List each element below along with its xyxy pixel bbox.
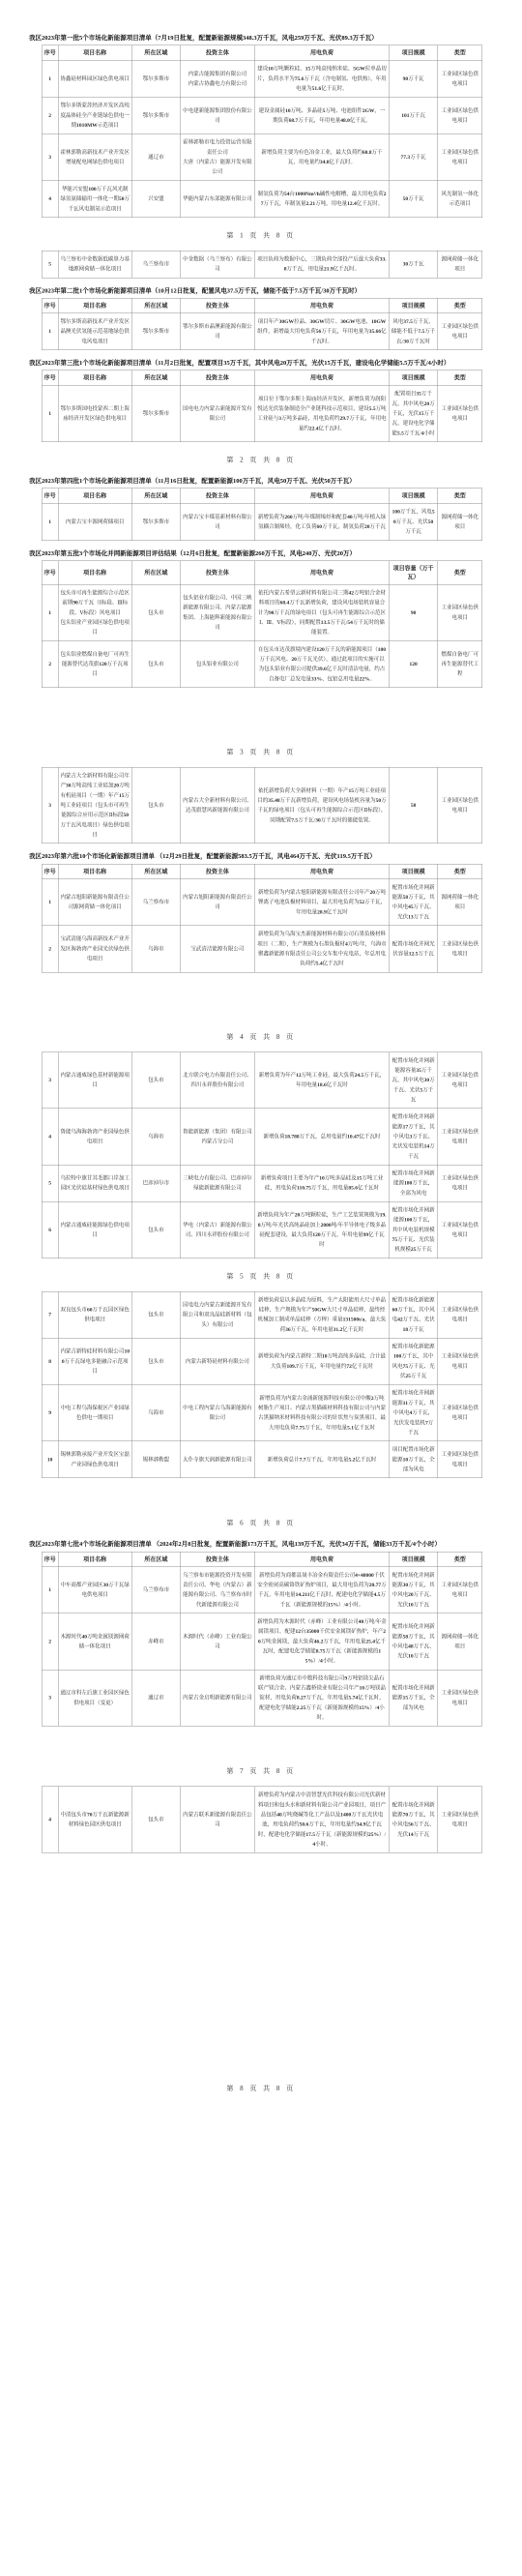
table-cell: 风电37.5万千瓦，储能不低于7.5万千瓦/30万千瓦时 bbox=[390, 313, 438, 350]
table-row: 3内蒙古通威绿色基材新能源项目包头市北方联合电力有限责任公司、四川永祥股份有限公… bbox=[42, 1052, 482, 1109]
table-cell: 内蒙古通威硅能源绿色供电项目 bbox=[58, 1201, 131, 1258]
page-break-gap bbox=[29, 1853, 493, 2071]
header-row: 序号项目名称所在区域投资主体用电负荷项目规模类型 bbox=[42, 45, 482, 61]
table-cell: 锡林郭勒承接产业开发区宝磊产业园绿色供电项目 bbox=[58, 1441, 131, 1478]
table-cell: 工业园区绿色供电项目 bbox=[438, 97, 482, 133]
table-cell: 霍林郭勒市电力投资运营有限责任公司 大唐（内蒙古）能源开发有限公司 bbox=[180, 133, 254, 180]
table-cell: 燃煤自备电厂可再生能源替代工程 bbox=[438, 641, 482, 688]
table-cell: 工业园区绿色供电项目 bbox=[438, 1441, 482, 1478]
table-cell: 新增负荷主要为有色冶金工业，最大负荷约60.8万千瓦，用电量约34.8亿千瓦时。 bbox=[254, 133, 389, 180]
table-cell: 工业园区绿色供电项目 bbox=[438, 1052, 482, 1109]
header-row: 序号项目名称所在区域投资主体用电负荷项目容量（万千瓦）类型 bbox=[42, 561, 482, 585]
table-cell: 鄂尔多斯市 bbox=[131, 385, 180, 441]
page-footer: 第 4 页 共 8 页 bbox=[29, 1031, 493, 1041]
table-cell: 工业园区绿色供电项目 bbox=[438, 1165, 482, 1201]
table-row: 1鄂尔多斯国电投蒙西二期上海庙经济开发区绿色供电项目鄂尔多斯市国电电力内蒙古新能… bbox=[42, 385, 482, 441]
column-header: 类型 bbox=[438, 489, 482, 504]
table-cell: 源网荷储一体化项目 bbox=[438, 251, 482, 278]
column-header: 所在区域 bbox=[131, 864, 180, 879]
table-cell: 4 bbox=[42, 1787, 58, 1853]
column-header: 项目规模 bbox=[390, 1552, 438, 1567]
table-cell: 工业园区绿色供电项目 bbox=[438, 1787, 482, 1853]
table-cell: 项目位于鄂尔多斯上海庙经济开发区，新增负荷为润阳悦达光伏装备制造全产业链科技示范… bbox=[254, 385, 389, 441]
table-cell: 50 bbox=[390, 767, 438, 844]
table-cell: 10 bbox=[42, 1441, 58, 1478]
table-cell: 工业园区绿色供电项目 bbox=[438, 60, 482, 97]
table-cell: 包头市 bbox=[131, 1291, 180, 1338]
project-table: 5乌兰察布中金数据低碳算力基地源网荷储一体化项目乌兰察布市中金数据（乌兰察布）有… bbox=[42, 251, 482, 278]
project-table: 3内蒙古大全新材料有限公司年产30万吨高纯工业硅加20万吨有机硅项目（一期）年产… bbox=[42, 767, 482, 844]
table-row: 5乌拉特中旗甘其毛都口岸加工园区光伏硅基材绿色供电项目巴彦淖尔市三峡电力有限公司… bbox=[42, 1165, 482, 1201]
table-cell: 配置项目35万千瓦，其中风电20万千瓦，光伏15万千瓦，建设电化学储能5.5万千… bbox=[390, 385, 438, 441]
table-cell: 乌海市 bbox=[131, 1384, 180, 1440]
table-cell: 新增负荷为年产20万吨颗粒硅，生产工艺装置规模为19.8万吨/年光伏高纯晶硅加上… bbox=[254, 1201, 389, 1258]
table-cell: 国电电力内蒙古新能源开发有限公司和双良晶硅新材料（包头）有限公司 bbox=[180, 1291, 254, 1338]
column-header: 序号 bbox=[42, 489, 58, 504]
table-cell: 包头市 bbox=[131, 1338, 180, 1384]
table-row: 2包头铝业燃煤自备电厂可再生能源替代达茂旗120万千瓦项目包头市包头铝业有限公司… bbox=[42, 641, 482, 688]
table-cell: 新增负荷为通辽市中数科技有限公司9万吨铝镁尖晶石联产镁合金、内蒙古鑫桥镁业有限公… bbox=[254, 1670, 389, 1726]
table-cell: 太仆寺旗天润新能源有限公司 bbox=[180, 1441, 254, 1478]
table-cell: 乌海市 bbox=[131, 1109, 180, 1165]
table-cell: 赤峰市 bbox=[131, 1614, 180, 1670]
table-row: 2宝武清能乌海高新技术产业开发区海勃湾产业园光伏绿色供电项目乌海市宝武清洁能源有… bbox=[42, 926, 482, 972]
table-cell: 工业园区绿色供电项目 bbox=[438, 1109, 482, 1165]
table-cell: 乌兰察布市 bbox=[131, 251, 180, 278]
column-header: 用电负荷 bbox=[254, 561, 389, 585]
table-title: 我区2023年第四批1个市场化新能源项目清单（11月16日批复，配置新能源100… bbox=[29, 475, 498, 487]
table-cell: 新增负荷为木源时代（赤峰）工业有限公司40万吨/年金属镁项目，配建12台3500… bbox=[254, 1614, 389, 1670]
column-header: 项目规模 bbox=[390, 45, 438, 61]
table-cell: 乌海市 bbox=[131, 926, 180, 972]
column-header: 所在区域 bbox=[131, 45, 180, 61]
table-cell: 国电电力内蒙古新能源开发有限公司 bbox=[180, 385, 254, 441]
page-break-gap bbox=[29, 688, 493, 734]
table-cell: 兴安盟 bbox=[131, 181, 180, 218]
table-cell: 宝武清洁能源有限公司 bbox=[180, 926, 254, 972]
table-cell: 内蒙古金启明新能源有限公司 bbox=[180, 1670, 254, 1726]
column-header: 投资主体 bbox=[180, 1552, 254, 1567]
table-cell: 鄂尔多斯市晶澳新能源有限公司 bbox=[180, 313, 254, 350]
table-row: 1包头市可再生能源综合示范区前期90万千瓦（Ⅰ标段、Ⅲ标段、Ⅴ标段）风电项目 包… bbox=[42, 584, 482, 640]
column-header: 项目名称 bbox=[58, 561, 131, 585]
table-row: 4鲁能乌海海勃湾产业园绿色供电项目乌海市鲁能新能源（集团）有限公司内蒙古分公司新… bbox=[42, 1109, 482, 1165]
table-cell: 内蒙古旭阳新能源有限责任公司源网荷储一体化项目 bbox=[58, 879, 131, 926]
table-cell: 源网荷储一体化项目 bbox=[438, 1614, 482, 1670]
table-row: 2木源时代40万吨金属镁源网荷储一体化项目赤峰市木源时代（赤峰）工业有限公司新增… bbox=[42, 1614, 482, 1670]
project-table: 序号项目名称所在区域投资主体用电负荷项目规模类型1协鑫硅材料园区绿色供电项目鄂尔… bbox=[42, 45, 482, 218]
table-cell: 通辽市 bbox=[131, 133, 180, 180]
table-cell: 内蒙古通威绿色基材新能源项目 bbox=[58, 1052, 131, 1109]
table-cell: 新增负荷是以多晶硅为原料，生产太阳能用大尺寸单晶硅棒，生产规模为年产50GW大尺… bbox=[254, 1291, 389, 1338]
table-cell: 5 bbox=[42, 1165, 58, 1201]
table-cell: 鄂尔多斯蒙苏经济开发区高纯度晶体硅全产业链绿色供电一期1010MW示范项目 bbox=[58, 97, 131, 133]
table-cell: 新增负荷为年产12万吨工业硅，最大负荷24.5万千瓦，年用电量18.6亿千瓦时 bbox=[254, 1052, 389, 1109]
column-header: 类型 bbox=[438, 370, 482, 386]
project-table: 4中清包头市70万千瓦新能源新材料绿色园区供电项目包头市内蒙古联禾新能源有限责任… bbox=[42, 1787, 482, 1853]
table-cell: 内蒙古宝丰源网荷储项目 bbox=[58, 503, 131, 540]
table-cell: 鄂尔多斯高新技术产业开发区晶澳光伏氢能示范基地绿色供电风电项目 bbox=[58, 313, 131, 350]
column-header: 用电负荷 bbox=[254, 370, 389, 386]
column-header: 项目名称 bbox=[58, 489, 131, 504]
table-cell: 工业园区绿色供电项目 bbox=[438, 1291, 482, 1338]
table-cell: 1 bbox=[42, 1567, 58, 1614]
table-cell: 北方联合电力有限责任公司、四川永祥股份有限公司 bbox=[180, 1052, 254, 1109]
column-header: 项目规模 bbox=[390, 489, 438, 504]
table-cell: 新增负荷为内蒙古中清智慧光伏科技有限公司光伏新材料项目和包头水和新材料有限公司产… bbox=[254, 1787, 389, 1853]
table-row: 3内蒙古大全新材料有限公司年产30万吨高纯工业硅加20万吨有机硅项目（一期）年产… bbox=[42, 767, 482, 844]
table-cell: 配置市场化并网新能源70万千瓦，其中风电56万千瓦、光伏14万千瓦 bbox=[390, 1787, 438, 1853]
table-row: 1协鑫硅材料园区绿色供电项目鄂尔多斯市内蒙古能源集团有限公司 内蒙古协鑫电力有限… bbox=[42, 60, 482, 97]
project-table: 序号项目名称所在区域投资主体用电负荷项目规模类型1鄂尔多斯高新技术产业开发区晶澳… bbox=[42, 298, 482, 350]
table-cell: 乌兰察布中金数据低碳算力基地源网荷储一体化项目 bbox=[58, 251, 131, 278]
table-cell: 项目负荷为数据中心，三期负荷全部投产后最大负荷33.8万千瓦，用电量21.9亿千… bbox=[254, 251, 389, 278]
table-cell: 新增负荷为商都县晟丰冶金有限责任公司4×48000千伏安全密闭高碳铬铁矿热炉项目… bbox=[254, 1567, 389, 1614]
table-cell: 鲁能乌海海勃湾产业园绿色供电项目 bbox=[58, 1109, 131, 1165]
column-header: 所在区域 bbox=[131, 1552, 180, 1567]
table-title: 我区2023年第二批1个市场化新能源项目清单（10月12日批复，配置风电37.5… bbox=[29, 284, 498, 296]
project-table: 序号项目名称所在区域投资主体用电负荷项目容量（万千瓦）类型1包头市可再生能源综合… bbox=[42, 560, 482, 688]
table-cell: 1 bbox=[42, 313, 58, 350]
table-cell: 项目年产30GW拉晶、30GW切片、30GW电池、10GW组件，新增最大用电负荷… bbox=[254, 313, 389, 350]
table-cell: 9 bbox=[42, 1384, 58, 1440]
table-cell: 包头市 bbox=[131, 1201, 180, 1258]
column-header: 项目名称 bbox=[58, 370, 131, 386]
table-cell: 依托新增负荷大全新材料（一期）年产15万吨工业硅项目的35.48万千瓦新增负荷，… bbox=[254, 767, 389, 844]
table-cell: 内蒙古旭阳新能源有限责任公司 bbox=[180, 879, 254, 926]
column-header: 类型 bbox=[438, 1552, 482, 1567]
table-cell: 工业园区绿色供电项目 bbox=[438, 1670, 482, 1726]
column-header: 投资主体 bbox=[180, 298, 254, 313]
column-header: 类型 bbox=[438, 298, 482, 313]
table-cell: 项目配置市场化新能源10万千瓦，全部为风电 bbox=[390, 1441, 438, 1478]
table-cell: 1 bbox=[42, 385, 58, 441]
table-cell: 工业园区绿色供电项目 bbox=[438, 133, 482, 180]
column-header: 用电负荷 bbox=[254, 45, 389, 61]
column-header: 序号 bbox=[42, 45, 58, 61]
table-cell: 包头市 bbox=[131, 641, 180, 688]
table-cell: 宝武清能乌海高新技术产业开发区海勃湾产业园光伏绿色供电项目 bbox=[58, 926, 131, 972]
document: 我区2023年第一批5个市场化新能源项目清单（7月19日批复，配置新能源规模34… bbox=[0, 0, 522, 2114]
column-header: 用电负荷 bbox=[254, 1552, 389, 1567]
column-header: 项目名称 bbox=[58, 45, 131, 61]
table-cell: 新增负荷为260万吨/年煤制烯烃和配套40万吨/年植入绿氢耦合制烯烃，化工负荷6… bbox=[254, 503, 389, 540]
table-row: 4中清包头市70万千瓦新能源新材料绿色园区供电项目包头市内蒙古联禾新能源有限责任… bbox=[42, 1787, 482, 1853]
column-header: 投资主体 bbox=[180, 489, 254, 504]
table-cell: 风光制氢一体化示范项目 bbox=[438, 181, 482, 218]
header-row: 序号项目名称所在区域投资主体用电负荷项目规模类型 bbox=[42, 489, 482, 504]
table-cell: 配置市场化并网新能源11万千瓦，其中风电4万千瓦，光伏发电装机7万千瓦 bbox=[390, 1384, 438, 1440]
page-footer: 第 2 页 共 8 页 bbox=[29, 455, 493, 464]
table-cell: 1 bbox=[42, 503, 58, 540]
table-cell: 配置市场化并网新能源容量35万千瓦，其中风电30万千瓦、光伏5万千瓦 bbox=[390, 1052, 438, 1109]
header-row: 序号项目名称所在区域投资主体用电负荷项目规模类型 bbox=[42, 370, 482, 386]
table-cell: 通辽市科左后旗工业园区绿色供电项目（变更） bbox=[58, 1670, 131, 1726]
table-cell: 木源时代40万吨金属镁源网荷储一体化项目 bbox=[58, 1614, 131, 1670]
table-cell: 内蒙古大全新材料有限公司年产30万吨高纯工业硅加20万吨有机硅项目（一期）年产1… bbox=[58, 767, 131, 844]
header-row: 序号项目名称所在区域投资主体用电负荷项目规模类型 bbox=[42, 298, 482, 313]
table-cell: 内蒙古宝丰煤基新材料有限公司 bbox=[180, 503, 254, 540]
page-break-gap bbox=[29, 1478, 493, 1505]
table-cell: 华能兴安盟100万千瓦风光制绿氢氨储输用一体化一期50万千瓦风电制氢示范项目 bbox=[58, 181, 131, 218]
table-row: 2鄂尔多斯蒙苏经济开发区高纯度晶体硅全产业链绿色供电一期1010MW示范项目鄂尔… bbox=[42, 97, 482, 133]
table-cell: 工业园区绿色供电项目 bbox=[438, 1201, 482, 1258]
table-row: 1鄂尔多斯高新技术产业开发区晶澳光伏氢能示范基地绿色供电风电项目鄂尔多斯市鄂尔多… bbox=[42, 313, 482, 350]
table-cell: 鄂尔多斯国电投蒙西二期上海庙经济开发区绿色供电项目 bbox=[58, 385, 131, 441]
column-header: 所在区域 bbox=[131, 370, 180, 386]
table-cell: 1 bbox=[42, 60, 58, 97]
page-break-gap bbox=[29, 972, 493, 1019]
table-cell: 工业园区绿色供电项目 bbox=[438, 767, 482, 844]
table-cell: 建设10万吨颗粒硅、15万吨高纯纳米硅、5GW拉单晶切片，负荷水平为75.6万千… bbox=[254, 60, 389, 97]
table-cell: 配置市场化并网新能源30万千瓦，其中风电20万千瓦、光伏10万千瓦 bbox=[390, 1567, 438, 1614]
table-row: 1内蒙古旭阳新能源有限责任公司源网荷储一体化项目乌兰察布市内蒙古旭阳新能源有限责… bbox=[42, 879, 482, 926]
table-cell: 3 bbox=[42, 1052, 58, 1109]
table-cell: 乌兰察布市 bbox=[131, 1567, 180, 1614]
table-cell: 工业园区绿色供电项目 bbox=[438, 1567, 482, 1614]
table-cell: 新增负荷为内蒙古新特二期10万吨高纯多晶硅，合计最大负荷109.7万千瓦，年用电… bbox=[254, 1338, 389, 1384]
table-cell: 配置市场化并网新能源17万千瓦，其中风电3万千瓦、光伏发电装机14万千瓦 bbox=[390, 1109, 438, 1165]
table-cell: 通辽市 bbox=[131, 1670, 180, 1726]
table-cell: 霍林郭勒高新技术产业开发区增量配电网绿色供电项目 bbox=[58, 133, 131, 180]
table-row: 4华能兴安盟100万千瓦风光制绿氢氨储输用一体化一期50万千瓦风电制氢示范项目兴… bbox=[42, 181, 482, 218]
table-cell: 包头市 bbox=[131, 1787, 180, 1853]
column-header: 序号 bbox=[42, 864, 58, 879]
table-cell: 鄂尔多斯市 bbox=[131, 97, 180, 133]
table-cell: 1 bbox=[42, 584, 58, 640]
column-header: 投资主体 bbox=[180, 370, 254, 386]
project-table: 7双良包头市60万千瓦园区绿色供电项目包头市国电电力内蒙古新能源开发有限公司和双… bbox=[42, 1291, 482, 1478]
table-cell: 新增负荷18.788万千瓦，总用电量约10.47亿千瓦时 bbox=[254, 1109, 389, 1165]
column-header: 序号 bbox=[42, 561, 58, 585]
table-cell: 1 bbox=[42, 879, 58, 926]
table-row: 7双良包头市60万千瓦园区绿色供电项目包头市国电电力内蒙古新能源开发有限公司和双… bbox=[42, 1291, 482, 1338]
page-footer: 第 3 页 共 8 页 bbox=[29, 747, 493, 756]
table-cell: 2 bbox=[42, 1614, 58, 1670]
table-cell: 100万千瓦，风电50万千瓦、光伏50万千瓦 bbox=[390, 503, 438, 540]
table-cell: 3 bbox=[42, 1670, 58, 1726]
table-cell: 90万千瓦 bbox=[390, 60, 438, 97]
table-cell: 工业园区绿色供电项目 bbox=[438, 926, 482, 972]
table-cell: 配置市场化新能源100万千瓦，其中风电75万千瓦、光伏25万千瓦 bbox=[390, 1338, 438, 1384]
table-cell: 2 bbox=[42, 926, 58, 972]
table-cell: 配置市场化并网新能源58万千瓦，其中风电45万千瓦、光伏13万千瓦 bbox=[390, 879, 438, 926]
table-cell: 鲁能新能源（集团）有限公司内蒙古分公司 bbox=[180, 1109, 254, 1165]
table-cell: 锡林郭勒盟 bbox=[131, 1441, 180, 1478]
page-footer: 第 6 页 共 8 页 bbox=[29, 1518, 493, 1527]
column-header: 所在区域 bbox=[131, 489, 180, 504]
table-cell: 工业园区绿色供电项目 bbox=[438, 584, 482, 640]
table-title: 我区2023年第三批1个市场化新能源项目清单（11月2日批复，配置项目35万千瓦… bbox=[29, 357, 498, 369]
table-cell: 工业园区绿色供电项目 bbox=[438, 1384, 482, 1440]
column-header: 项目名称 bbox=[58, 298, 131, 313]
table-cell: 包头市 bbox=[131, 584, 180, 640]
table-cell: 中清包头市70万千瓦新能源新材料绿色园区供电项目 bbox=[58, 1787, 131, 1853]
page-footer: 第 5 页 共 8 页 bbox=[29, 1271, 493, 1281]
project-table: 序号项目名称所在区域投资主体用电负荷项目规模类型1中车商都产业园区30万千瓦绿电… bbox=[42, 1552, 482, 1727]
table-cell: 内蒙古新特硅材料有限公司100万千瓦绿电多能融合示范项目 bbox=[58, 1338, 131, 1384]
table-cell: 依托内蒙古希望云新材料有限公司三期42万吨铝合金材料项目的68.4万千瓦新增负荷… bbox=[254, 584, 389, 640]
column-header: 类型 bbox=[438, 45, 482, 61]
column-header: 用电负荷 bbox=[254, 298, 389, 313]
table-cell: 中电工程内蒙古乌海新能源有限公司 bbox=[180, 1384, 254, 1440]
table-cell: 8 bbox=[42, 1338, 58, 1384]
column-header: 项目规模 bbox=[390, 370, 438, 386]
table-cell: 协鑫硅材料园区绿色供电项目 bbox=[58, 60, 131, 97]
project-table: 序号项目名称所在区域投资主体用电负荷项目规模类型1鄂尔多斯国电投蒙西二期上海庙经… bbox=[42, 370, 482, 442]
table-cell: 内蒙古新特硅材料有限公司 bbox=[180, 1338, 254, 1384]
table-row: 3通辽市科左后旗工业园区绿色供电项目（变更）通辽市内蒙古金启明新能源有限公司新增… bbox=[42, 1670, 482, 1726]
table-cell: 内蒙古联禾新能源有限责任公司 bbox=[180, 1787, 254, 1853]
table-cell: 配置市场化并网光伏容量12.5万千瓦 bbox=[390, 926, 438, 972]
table-cell: 在包头市达茂旗境内建设120万千瓦的新能源项目（100万千瓦风电、20万千瓦光伏… bbox=[254, 641, 389, 688]
table-cell: 3 bbox=[42, 133, 58, 180]
table-cell: 华能内蒙古东部能源有限公司 bbox=[180, 181, 254, 218]
header-row: 序号项目名称所在区域投资主体用电负荷项目规模类型 bbox=[42, 864, 482, 879]
table-cell: 包头铝业有限公司 bbox=[180, 641, 254, 688]
table-cell: 内蒙古能源集团有限公司 内蒙古协鑫电力有限公司 bbox=[180, 60, 254, 97]
table-cell: 配置市场化并网新能源58万千瓦，其中风电48万千瓦、光伏10万千瓦 bbox=[390, 1614, 438, 1670]
table-cell: 乌兰察布市 bbox=[131, 879, 180, 926]
project-table: 序号项目名称所在区域投资主体用电负荷项目规模类型1内蒙古宝丰源网荷储项目鄂尔多斯… bbox=[42, 489, 482, 541]
table-title: 我区2023年第七批4个市场化新能源项目清单 （2024年2月8日批复，配置新能… bbox=[29, 1538, 498, 1550]
table-cell: 配置市场化并网新能源180万千瓦，全部为风电 bbox=[390, 1165, 438, 1201]
table-cell: 包头铝业有限公司、中国三峡新能源有限公司、内蒙古能源集团、上海能辉新能源有限公司 bbox=[180, 584, 254, 640]
page-footer: 第 8 页 共 8 页 bbox=[29, 2084, 493, 2093]
table-cell: 77.3万千瓦 bbox=[390, 133, 438, 180]
column-header: 项目容量（万千瓦） bbox=[390, 561, 438, 585]
column-header: 项目名称 bbox=[58, 864, 131, 879]
table-title: 我区2023年第六批10个市场化新能源项目清单 （12月29日批复，配置新能源5… bbox=[29, 850, 498, 862]
table-cell: 中车商都产业园区30万千瓦绿电供电项目 bbox=[58, 1567, 131, 1614]
table-cell: 工业园区绿色供电项目 bbox=[438, 313, 482, 350]
table-cell: 乌兰察布市能源投资开发有限责任公司、华电（内蒙古）新能源有限公司、乌兰察布市时代… bbox=[180, 1567, 254, 1614]
table-cell: 7 bbox=[42, 1291, 58, 1338]
table-row: 1内蒙古宝丰源网荷储项目鄂尔多斯市内蒙古宝丰煤基新材料有限公司新增负荷为260万… bbox=[42, 503, 482, 540]
table-row: 9中电工程乌海保税区产业园绿色供电一期项目乌海市中电工程内蒙古乌海新能源有限公司… bbox=[42, 1384, 482, 1440]
table-row: 10锡林郭勒承接产业开发区宝磊产业园绿色供电项目锡林郭勒盟太仆寺旗天润新能源有限… bbox=[42, 1441, 482, 1478]
table-cell: 4 bbox=[42, 181, 58, 218]
table-cell: 配置市场化并网新能源15万千瓦，全部为风电 bbox=[390, 1670, 438, 1726]
table-cell: 建设金属硅10万吨、多晶硅5万吨、电池组件2GW，一期负荷68.7万千瓦，年用电… bbox=[254, 97, 389, 133]
table-cell: 3 bbox=[42, 767, 58, 844]
table-cell: 中电工程乌海保税区产业园绿色供电一期项目 bbox=[58, 1384, 131, 1440]
page-footer: 第 1 页 共 8 页 bbox=[29, 230, 493, 240]
table-cell: 源网荷储一体化项目 bbox=[438, 503, 482, 540]
table-cell: 三峡电力有限公司、巴彦淖尔绿能新能源有限公司 bbox=[180, 1165, 254, 1201]
column-header: 投资主体 bbox=[180, 561, 254, 585]
column-header: 用电负荷 bbox=[254, 864, 389, 879]
table-cell: 内蒙古大全新材料有限公司、达茂旗慧风新能源有限公司 bbox=[180, 767, 254, 844]
column-header: 序号 bbox=[42, 1552, 58, 1567]
table-cell: 新增负荷项目主要为年产10万吨多晶硅及15万吨工业硅，用电负荷110.75万千瓦… bbox=[254, 1165, 389, 1201]
table-cell: 鄂尔多斯市 bbox=[131, 313, 180, 350]
table-cell: 4 bbox=[42, 1109, 58, 1165]
table-cell: 新增负荷为乌海宝杰新能源材料有限公司石墨负极材料项目（二期），生产规模为石墨负极… bbox=[254, 926, 389, 972]
column-header: 项目规模 bbox=[390, 864, 438, 879]
table-cell: 中电建新能源集团股份有限公司 bbox=[180, 97, 254, 133]
table-cell: 5 bbox=[42, 251, 58, 278]
table-cell: 工业园区绿色供电项目 bbox=[438, 385, 482, 441]
table-title: 我区2023年第一批5个市场化新能源项目清单（7月19日批复，配置新能源规模34… bbox=[29, 32, 498, 44]
table-row: 3霍林郭勒高新技术产业开发区增量配电网绿色供电项目通辽市霍林郭勒市电力投资运营有… bbox=[42, 133, 482, 180]
table-cell: 鄂尔多斯市 bbox=[131, 60, 180, 97]
table-cell: 配置市场化并网新能源100万千瓦，其中风电装机规模75万千瓦、光伏装机规模25万… bbox=[390, 1201, 438, 1258]
column-header: 投资主体 bbox=[180, 864, 254, 879]
table-cell: 配置市场化新能源60万千瓦，其中风电42万千瓦、光伏18万千瓦 bbox=[390, 1291, 438, 1338]
column-header: 投资主体 bbox=[180, 45, 254, 61]
table-row: 6内蒙古通威硅能源绿色供电项目包头市华电（内蒙古）新能源有限公司、四川永祥股份有… bbox=[42, 1201, 482, 1258]
column-header: 项目规模 bbox=[390, 298, 438, 313]
table-cell: 鄂尔多斯市 bbox=[131, 503, 180, 540]
table-cell: 90 bbox=[390, 584, 438, 640]
table-cell: 新增负荷为内蒙古金涌新能源科技有限公司中酸2万吨树脂生产项目、内蒙古黑猫碳材料科… bbox=[254, 1384, 389, 1440]
table-cell: 包头市 bbox=[131, 1052, 180, 1109]
table-cell: 乌拉特中旗甘其毛都口岸加工园区光伏硅基材绿色供电项目 bbox=[58, 1165, 131, 1201]
header-row: 序号项目名称所在区域投资主体用电负荷项目规模类型 bbox=[42, 1552, 482, 1567]
project-table: 3内蒙古通威绿色基材新能源项目包头市北方联合电力有限责任公司、四川永祥股份有限公… bbox=[42, 1051, 482, 1258]
table-cell: 30万千瓦 bbox=[390, 251, 438, 278]
table-cell: 源网荷储一体化项目 bbox=[438, 879, 482, 926]
table-cell: 木源时代（赤峰）工业有限公司 bbox=[180, 1614, 254, 1670]
table-cell: 巴彦淖尔市 bbox=[131, 1165, 180, 1201]
column-header: 项目名称 bbox=[58, 1552, 131, 1567]
table-title: 我区2023年第五批3个市场化并网新能源项目评估结果（12月6日批复，配置新能源… bbox=[29, 548, 498, 559]
column-header: 序号 bbox=[42, 298, 58, 313]
table-cell: 2 bbox=[42, 641, 58, 688]
table-row: 1中车商都产业园区30万千瓦绿电供电项目乌兰察布市乌兰察布市能源投资开发有限责任… bbox=[42, 1567, 482, 1614]
table-cell: 新增负荷为内蒙古旭阳新能源有限责任公司年产20万吨锂离子电池负极材料项目，最大用… bbox=[254, 879, 389, 926]
column-header: 类型 bbox=[438, 864, 482, 879]
table-row: 5乌兰察布中金数据低碳算力基地源网荷储一体化项目乌兰察布市中金数据（乌兰察布）有… bbox=[42, 251, 482, 278]
table-cell: 包头铝业燃煤自备电厂可再生能源替代达茂旗120万千瓦项目 bbox=[58, 641, 131, 688]
table-cell: 制氢负荷为54台1000Nm³/h碱性电解槽，最大用电负荷27万千瓦，年制氢量2… bbox=[254, 181, 389, 218]
page-break-gap bbox=[29, 1727, 493, 1754]
table-cell: 120 bbox=[390, 641, 438, 688]
table-cell: 双良包头市60万千瓦园区绿色供电项目 bbox=[58, 1291, 131, 1338]
table-row: 8内蒙古新特硅材料有限公司100万千瓦绿电多能融合示范项目包头市内蒙古新特硅材料… bbox=[42, 1338, 482, 1384]
table-cell: 2 bbox=[42, 97, 58, 133]
table-cell: 50万千瓦 bbox=[390, 181, 438, 218]
table-cell: 中金数据（乌兰察布）有限公司 bbox=[180, 251, 254, 278]
column-header: 用电负荷 bbox=[254, 489, 389, 504]
project-table: 序号项目名称所在区域投资主体用电负荷项目规模类型1内蒙古旭阳新能源有限责任公司源… bbox=[42, 864, 482, 972]
table-cell: 包头市可再生能源综合示范区前期90万千瓦（Ⅰ标段、Ⅲ标段、Ⅴ标段）风电项目 包头… bbox=[58, 584, 131, 640]
table-cell: 工业园区绿色供电项目 bbox=[438, 1338, 482, 1384]
column-header: 所在区域 bbox=[131, 298, 180, 313]
column-header: 所在区域 bbox=[131, 561, 180, 585]
table-cell: 新增负荷总计7.7万千瓦，年用电量5.2亿千瓦时 bbox=[254, 1441, 389, 1478]
table-cell: 包头市 bbox=[131, 767, 180, 844]
column-header: 类型 bbox=[438, 561, 482, 585]
table-cell: 华电（内蒙古）新能源有限公司、四川永祥股份有限公司 bbox=[180, 1201, 254, 1258]
table-cell: 6 bbox=[42, 1201, 58, 1258]
page-footer: 第 7 页 共 8 页 bbox=[29, 1766, 493, 1776]
column-header: 序号 bbox=[42, 370, 58, 386]
table-cell: 101万千瓦 bbox=[390, 97, 438, 133]
